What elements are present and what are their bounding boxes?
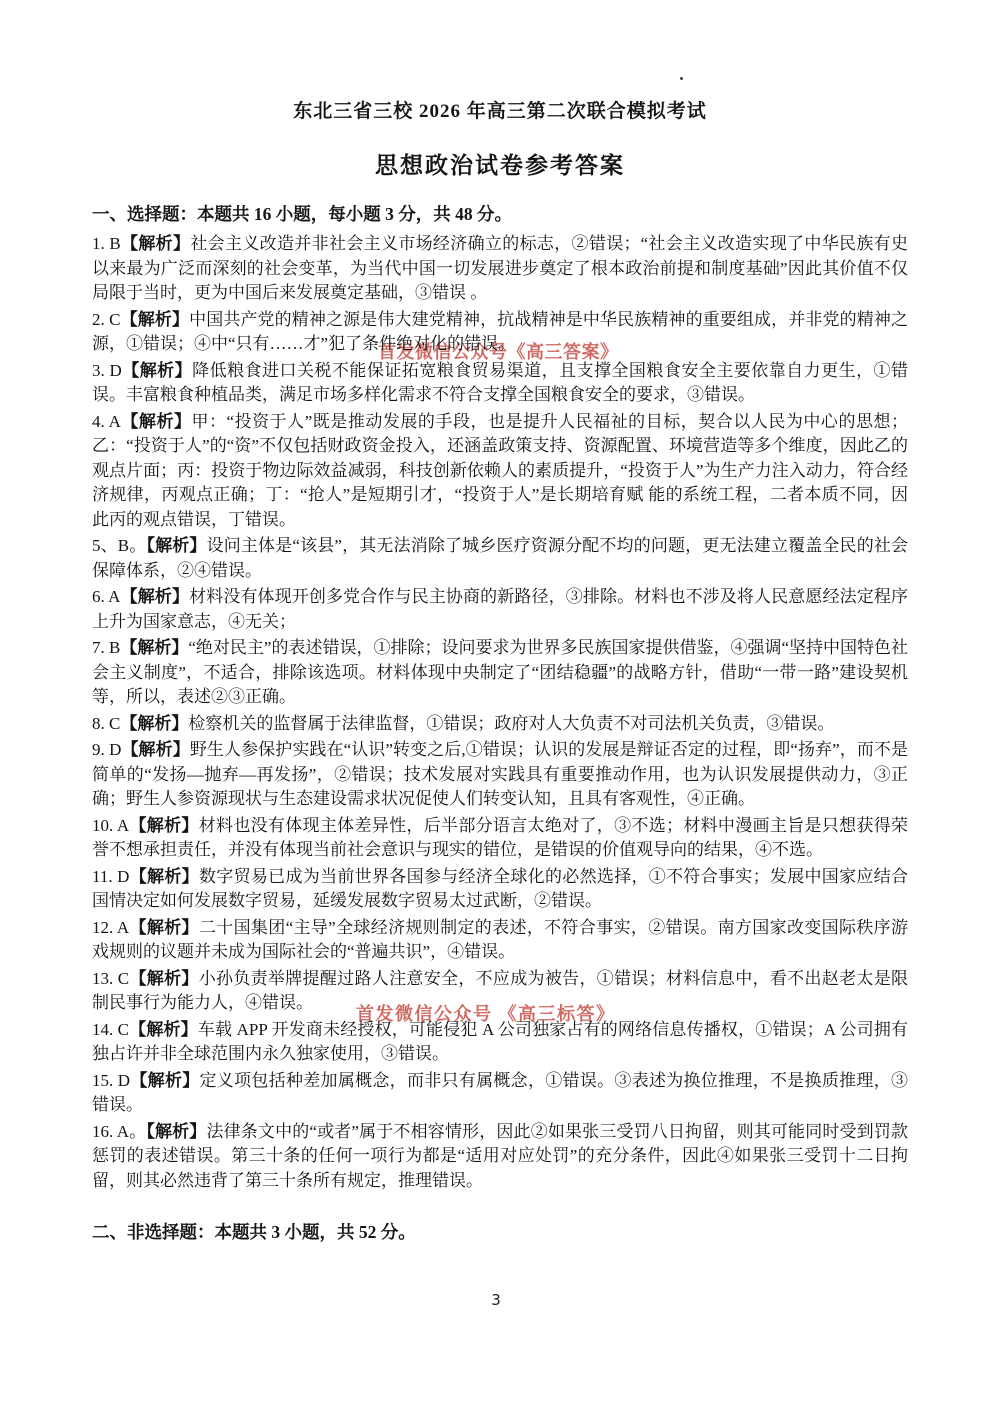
section1-heading: 一、选择题：本题共 16 小题，每小题 3 分，共 48 分。 [92,201,908,226]
jiexi-label: 【解析】 [120,638,188,657]
scanned-answer-sheet-page: 首发微信公众号《高三答案》 首发微信公众号 《高三标答》 东北三省三校 2026… [0,0,992,1403]
answer-text: 法律条文中的“或者”属于不相容情形，因此②如果张三受罚八日拘留，则其可能同时受到… [92,1122,908,1190]
answer-item-3: 3. D【解析】降低粮食进口关税不能保证拓宽粮食贸易渠道，且支撑全国粮食安全主要… [92,359,908,408]
answer-text: 中国共产党的精神之源是伟大建党精神，抗战精神是中华民族精神的重要组成，并非党的精… [92,310,908,354]
jiexi-label: 【解析】 [129,1020,198,1039]
answer-number: 3. D [92,361,122,380]
answer-item-7: 7. B【解析】“绝对民主”的表述错误，①排除；设问要求为世界多民族国家提供借鉴… [92,636,908,710]
page-number: 3 [0,1291,992,1309]
answer-item-13: 13. C【解析】小孙负责举牌提醒过路人注意安全，不应成为被告，①错误；材料信息… [92,967,908,1016]
answer-item-2: 2. C【解析】中国共产党的精神之源是伟大建党精神，抗战精神是中华民族精神的重要… [92,308,908,357]
answer-text: 社会主义改造并非社会主义市场经济确立的标志，②错误；“社会主义改造实现了中华民族… [92,234,908,302]
answer-text: 甲：“投资于人”既是推动发展的手段，也是提升人民福祉的目标，契合以人民为中心的思… [92,412,908,529]
answer-text: 检察机关的监督属于法律监督，①错误；政府对人大负责不对司法机关负责，③错误。 [188,714,834,733]
answer-item-8: 8. C【解析】检察机关的监督属于法律监督，①错误；政府对人大负责不对司法机关负… [92,712,908,737]
jiexi-label: 【解析】 [121,234,191,253]
jiexi-label: 【解析】 [121,740,189,759]
answer-item-10: 10. A【解析】材料也没有体现主体差异性，后半部分语言太绝对了，③不选；材料中… [92,814,908,863]
answer-number: 9. D [92,740,121,759]
answer-text: 定义项包括种差加属概念，而非只有属概念，①错误。③表述为换位推理，不是换质推理，… [92,1071,908,1115]
answer-text: “绝对民主”的表述错误，①排除；设问要求为世界多民族国家提供借鉴，④强调“坚持中… [92,638,908,706]
answer-item-14: 14. C【解析】车载 APP 开发商未经授权，可能侵犯 A 公司独家占有的网络… [92,1018,908,1067]
jiexi-label: 【解析】 [130,1071,199,1090]
jiexi-label: 【解析】 [120,587,189,606]
jiexi-label: 【解析】 [129,816,199,835]
jiexi-label: 【解析】 [129,918,199,937]
answer-text: 数字贸易已成为当前世界各国参与经济全球化的必然选择，①不符合事实；发展中国家应结… [92,867,908,911]
answer-text: 降低粮食进口关税不能保证拓宽粮食贸易渠道，且支撑全国粮食安全主要依靠自力更生，①… [92,361,908,405]
jiexi-label: 【解析】 [129,969,199,988]
jiexi-label: 【解析】 [146,536,206,555]
answer-number: 14. C [92,1020,129,1039]
answer-item-11: 11. D【解析】数字贸易已成为当前世界各国参与经济全球化的必然选择，①不符合事… [92,865,908,914]
answer-item-12: 12. A【解析】二十国集团“主导”全球经济规则制定的表述，不符合事实，②错误。… [92,916,908,965]
answer-number: 1. B [92,234,121,253]
answer-number: 8. C [92,714,120,733]
answer-number: 16. A。 [92,1122,146,1141]
answer-number: 5、B。 [92,536,146,555]
answer-item-9: 9. D【解析】野生人参保护实践在“认识”转变之后,①错误；认识的发展是辩证否定… [92,738,908,812]
answer-text: 车载 APP 开发商未经授权，可能侵犯 A 公司独家占有的网络信息传播权，①错误… [92,1020,908,1064]
scan-artifact-dot [680,77,683,80]
answer-number: 11. D [92,867,129,886]
exam-title: 东北三省三校 2026 年高三第二次联合模拟考试 [92,96,908,123]
section2-heading: 二、非选择题：本题共 3 小题，共 52 分。 [92,1219,908,1244]
answer-item-15: 15. D【解析】定义项包括种差加属概念，而非只有属概念，①错误。③表述为换位推… [92,1069,908,1118]
answer-list: 1. B【解析】社会主义改造并非社会主义市场经济确立的标志，②错误；“社会主义改… [92,232,908,1193]
jiexi-label: 【解析】 [121,412,192,431]
answer-number: 6. A [92,587,120,606]
answer-text: 材料没有体现开创多党合作与民主协商的新路径，③排除。材料也不涉及将人民意愿经法定… [92,587,908,631]
answer-text: 二十国集团“主导”全球经济规则制定的表述，不符合事实，②错误。南方国家改变国际秩… [92,918,908,962]
answer-number: 12. A [92,918,129,937]
answer-item-16: 16. A。【解析】法律条文中的“或者”属于不相容情形，因此②如果张三受罚八日拘… [92,1120,908,1194]
answer-item-4: 4. A【解析】甲：“投资于人”既是推动发展的手段，也是提升人民福祉的目标，契合… [92,410,908,533]
jiexi-label: 【解析】 [129,867,199,886]
answer-text: 设问主体是“该县”，其无法消除了城乡医疗资源分配不均的问题，更无法建立覆盖全民的… [92,536,908,580]
answer-text: 小孙负责举牌提醒过路人注意安全，不应成为被告，①错误；材料信息中，看不出赵老太是… [92,969,908,1013]
answer-text: 野生人参保护实践在“认识”转变之后,①错误；认识的发展是辩证否定的过程，即“扬弃… [92,740,908,808]
answer-item-5: 5、B。【解析】设问主体是“该县”，其无法消除了城乡医疗资源分配不均的问题，更无… [92,534,908,583]
answer-number: 13. C [92,969,129,988]
answer-item-1: 1. B【解析】社会主义改造并非社会主义市场经济确立的标志，②错误；“社会主义改… [92,232,908,306]
jiexi-label: 【解析】 [120,310,189,329]
answer-key-subtitle: 思想政治试卷参考答案 [92,147,908,180]
answer-item-6: 6. A【解析】材料没有体现开创多党合作与民主协商的新路径，③排除。材料也不涉及… [92,585,908,634]
answer-text: 材料也没有体现主体差异性，后半部分语言太绝对了，③不选；材料中漫画主旨是只想获得… [92,816,908,860]
jiexi-label: 【解析】 [120,714,188,733]
answer-number: 2. C [92,310,120,329]
jiexi-label: 【解析】 [146,1122,206,1141]
answer-number: 4. A [92,412,121,431]
answer-number: 15. D [92,1071,130,1090]
document-content: 东北三省三校 2026 年高三第二次联合模拟考试 思想政治试卷参考答案 一、选择… [92,88,908,1250]
jiexi-label: 【解析】 [122,361,192,380]
answer-number: 10. A [92,816,129,835]
answer-number: 7. B [92,638,120,657]
